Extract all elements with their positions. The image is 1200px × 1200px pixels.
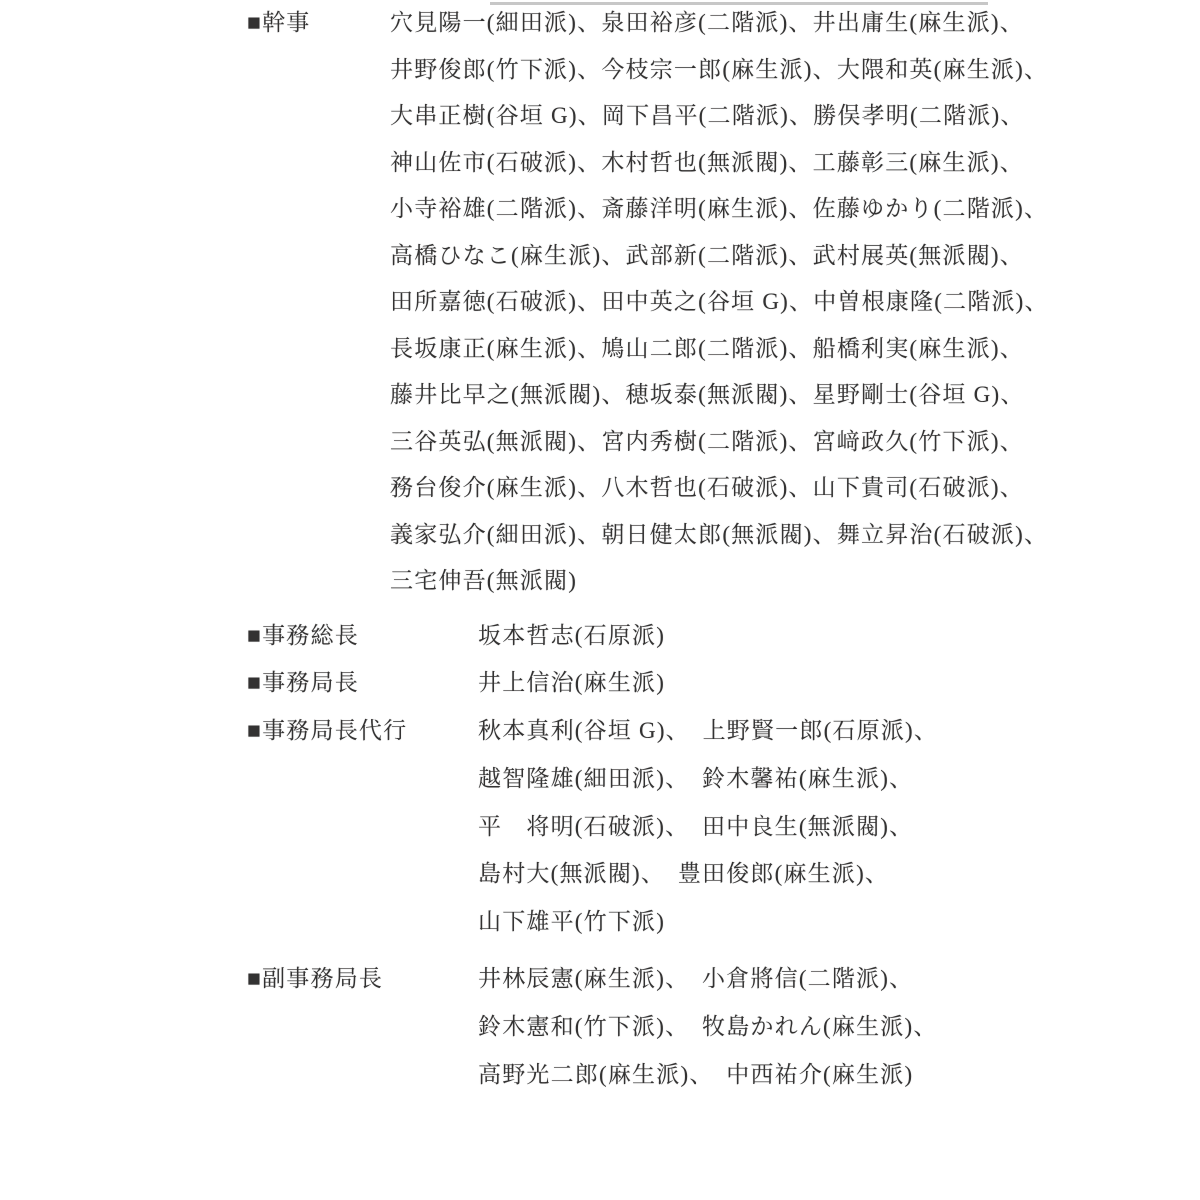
document-page: ■幹事 穴見陽一(細田派)、泉田裕彦(二階派)、井出庸生(麻生派)、井野俊郎(竹… [0, 0, 1200, 1200]
text-line: 高野光二郎(麻生派)、 中西祐介(麻生派) [478, 1051, 938, 1099]
text-line: 長坂康正(麻生派)、鳩山二郎(二階派)、船橋利実(麻生派)、 [390, 326, 1049, 373]
text-line: 井林辰憲(麻生派)、 小倉將信(二階派)、 [478, 955, 938, 1003]
text-line: 越智隆雄(細田派)、 鈴木馨祐(麻生派)、 [478, 755, 938, 803]
section-jimu-kyokucho-label: ■事務局長 [247, 659, 359, 707]
section-jimu-kyokucho-lines: 井上信治(麻生派) [478, 659, 665, 707]
text-line: 務台俊介(麻生派)、八木哲也(石破派)、山下貴司(石破派)、 [390, 465, 1049, 512]
text-line: 穴見陽一(細田派)、泉田裕彦(二階派)、井出庸生(麻生派)、 [390, 0, 1049, 47]
section-kanji-lines: 穴見陽一(細田派)、泉田裕彦(二階派)、井出庸生(麻生派)、井野俊郎(竹下派)、… [390, 0, 1049, 605]
text-line: 高橋ひなこ(麻生派)、武部新(二階派)、武村展英(無派閥)、 [390, 233, 1049, 280]
section-jimu-socho-lines: 坂本哲志(石原派) [478, 612, 665, 660]
text-line: 山下雄平(竹下派) [478, 898, 938, 946]
text-line: 義家弘介(細田派)、朝日健太郎(無派閥)、舞立昇治(石破派)、 [390, 512, 1049, 559]
text-line: 三谷英弘(無派閥)、宮内秀樹(二階派)、宮﨑政久(竹下派)、 [390, 419, 1049, 466]
text-line: 田所嘉徳(石破派)、田中英之(谷垣 G)、中曽根康隆(二階派)、 [390, 279, 1049, 326]
text-line: 神山佐市(石破派)、木村哲也(無派閥)、工藤彰三(麻生派)、 [390, 140, 1049, 187]
section-jimu-kyokucho-daiko-lines: 秋本真利(谷垣 G)、 上野賢一郎(石原派)、越智隆雄(細田派)、 鈴木馨祐(麻… [478, 707, 938, 946]
text-line: 井上信治(麻生派) [478, 659, 665, 707]
text-line: 秋本真利(谷垣 G)、 上野賢一郎(石原派)、 [478, 707, 938, 755]
text-line: 平 将明(石破派)、 田中良生(無派閥)、 [478, 803, 938, 851]
text-line: 三宅伸吾(無派閥) [390, 558, 1049, 605]
section-jimu-kyokucho-daiko-label: ■事務局長代行 [247, 707, 407, 755]
text-line: 藤井比早之(無派閥)、穂坂泰(無派閥)、星野剛士(谷垣 G)、 [390, 372, 1049, 419]
section-jimu-socho-label: ■事務総長 [247, 612, 359, 660]
section-kanji-label: ■幹事 [247, 0, 311, 47]
text-line: 島村大(無派閥)、 豊田俊郎(麻生派)、 [478, 850, 938, 898]
section-fuku-jimu-kyokucho-label: ■副事務局長 [247, 955, 383, 1003]
section-fuku-jimu-kyokucho-lines: 井林辰憲(麻生派)、 小倉將信(二階派)、鈴木憲和(竹下派)、 牧島かれん(麻生… [478, 955, 938, 1098]
text-line: 坂本哲志(石原派) [478, 612, 665, 660]
text-line: 大串正樹(谷垣 G)、岡下昌平(二階派)、勝俣孝明(二階派)、 [390, 93, 1049, 140]
text-line: 小寺裕雄(二階派)、斎藤洋明(麻生派)、佐藤ゆかり(二階派)、 [390, 186, 1049, 233]
text-line: 井野俊郎(竹下派)、今枝宗一郎(麻生派)、大隈和英(麻生派)、 [390, 47, 1049, 94]
text-line: 鈴木憲和(竹下派)、 牧島かれん(麻生派)、 [478, 1003, 938, 1051]
